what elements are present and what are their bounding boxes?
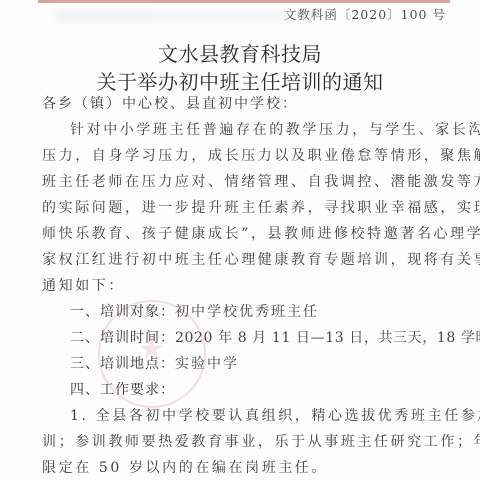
item-label: 一、培训对象： xyxy=(70,304,175,320)
document-number: 文教科函〔2020〕100 号 xyxy=(284,5,446,23)
paragraph-line: 针对中小学班主任普遍存在的教学压力，与学生、家长沟通 xyxy=(70,120,446,140)
item-training-time: 二、培训时间：2020 年 8 月 11 日—13 日，共三天，18 学时。 xyxy=(70,328,446,348)
red-header-rule xyxy=(38,0,450,3)
item-work-requirements: 四、工作要求： xyxy=(70,380,446,400)
salutation: 各乡（镇）中心校、县直初中学校： xyxy=(42,94,446,114)
item-value: 初中学校优秀班主任 xyxy=(175,304,319,320)
notice-title: 关于举办初中班主任培训的通知 xyxy=(0,66,480,95)
item-label: 四、工作要求： xyxy=(70,382,175,398)
requirement-line: 限定在 50 岁以内的在编在岗班主任。 xyxy=(42,458,446,478)
item-value: 2020 年 8 月 11 日—13 日，共三天，18 学时。 xyxy=(175,330,480,346)
bleed-through-text xyxy=(55,10,315,22)
paragraph-line: 班主任老师在压力应对、情绪管理、自我调控、潜能激发等方面 xyxy=(42,172,446,192)
requirement-line: 1. 全县各初中学校要认真组织，精心选拔优秀班主任参加培 xyxy=(70,406,446,426)
paragraph-line: 通知如下： xyxy=(42,276,446,296)
item-value: 实验中学 xyxy=(175,356,239,372)
paragraph-line: 家权江红进行初中班主任心理健康教育专题培训，现将有关事项 xyxy=(42,250,446,270)
paragraph-line: 师快乐教育、孩子健康成长”，县教师进修校特邀著名心理学专 xyxy=(42,224,446,244)
item-label: 二、培训时间： xyxy=(70,330,175,346)
item-label: 三、培训地点： xyxy=(70,356,175,372)
issuer-title: 文水县教育科技局 xyxy=(0,38,480,67)
requirement-line: 训；参训教师要热爱教育事业，乐于从事班主任研究工作；年龄 xyxy=(42,432,446,452)
item-training-target: 一、培训对象：初中学校优秀班主任 xyxy=(70,302,446,322)
item-training-location: 三、培训地点：实验中学 xyxy=(70,354,446,374)
paragraph-line: 压力，自身学习压力，成长压力以及职业倦怠等情形，聚焦解决 xyxy=(42,146,446,166)
paragraph-line: 的实际问题，进一步提升班主任素养，寻找职业幸福感，实现“老 xyxy=(42,198,446,218)
